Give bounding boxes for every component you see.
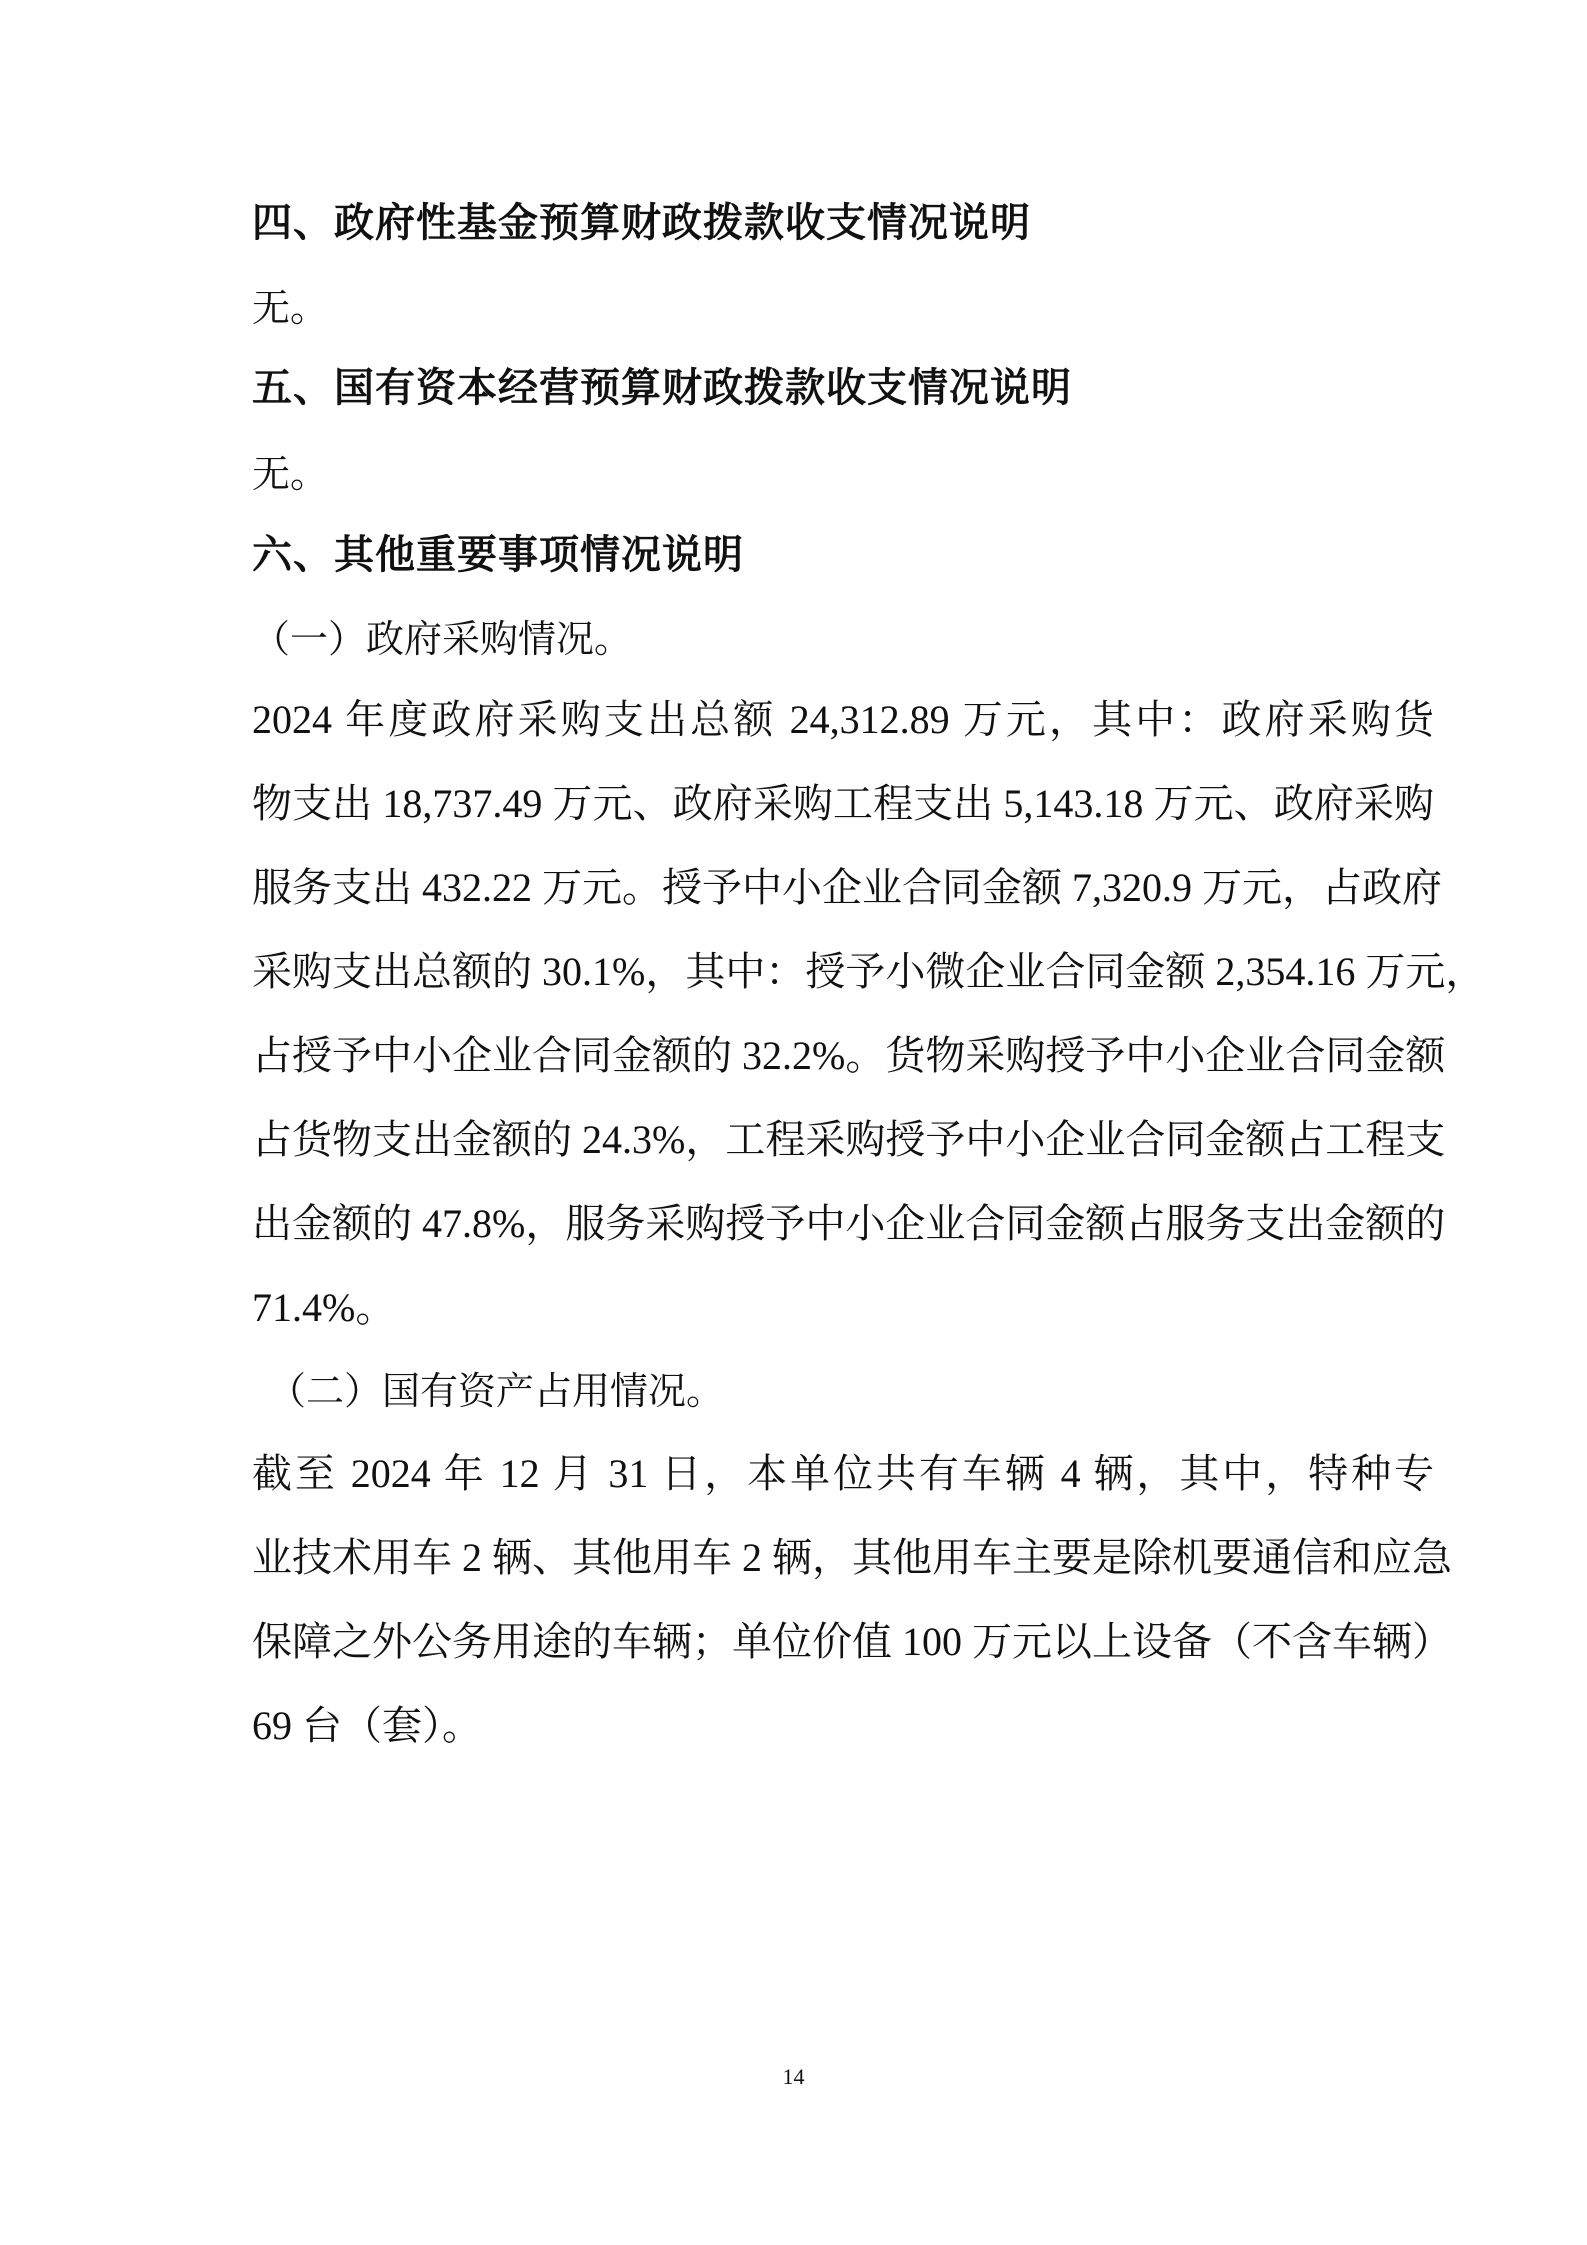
paragraph-line: 71.4%。 xyxy=(252,1266,1434,1350)
document-page: 四、政府性基金预算财政拨款收支情况说明 无。 五、国有资本经营预算财政拨款收支情… xyxy=(0,0,1587,2245)
section-5-body: 无。 xyxy=(252,449,328,499)
paragraph-line: 出金额的 47.8%，服务采购授予中小企业合同金额占服务支出金额的 xyxy=(252,1182,1434,1266)
paragraph-line: 物支出 18,737.49 万元、政府采购工程支出 5,143.18 万元、政府… xyxy=(252,762,1434,846)
paragraph-line: 69 台（套）。 xyxy=(252,1684,1434,1768)
section-6-heading: 六、其他重要事项情况说明 xyxy=(252,530,744,580)
paragraph-line: 服务支出 432.22 万元。授予中小企业合同金额 7,320.9 万元，占政府 xyxy=(252,846,1434,930)
paragraph-line: 截至 2024 年 12 月 31 日，本单位共有车辆 4 辆，其中，特种专 xyxy=(252,1432,1434,1516)
paragraph-line: 2024 年度政府采购支出总额 24,312.89 万元，其中：政府采购货 xyxy=(252,678,1434,762)
subsection-procurement-heading: （一）政府采购情况。 xyxy=(252,614,632,664)
paragraph-line: 采购支出总额的 30.1%，其中：授予小微企业合同金额 2,354.16 万元， xyxy=(252,930,1434,1014)
paragraph-line: 业技术用车 2 辆、其他用车 2 辆，其他用车主要是除机要通信和应急 xyxy=(252,1516,1434,1600)
page-number: 14 xyxy=(0,2064,1587,2090)
section-5-heading: 五、国有资本经营预算财政拨款收支情况说明 xyxy=(252,363,1072,413)
assets-paragraph: 截至 2024 年 12 月 31 日，本单位共有车辆 4 辆，其中，特种专 业… xyxy=(252,1432,1434,1768)
paragraph-line: 保障之外公务用途的车辆；单位价值 100 万元以上设备（不含车辆） xyxy=(252,1600,1434,1684)
section-4-body: 无。 xyxy=(252,283,328,333)
paragraph-line: 占授予中小企业合同金额的 32.2%。货物采购授予中小企业合同金额 xyxy=(252,1014,1434,1098)
subsection-assets-heading: （二）国有资产占用情况。 xyxy=(268,1366,724,1416)
procurement-paragraph: 2024 年度政府采购支出总额 24,312.89 万元，其中：政府采购货 物支… xyxy=(252,678,1434,1350)
paragraph-line: 占货物支出金额的 24.3%，工程采购授予中小企业合同金额占工程支 xyxy=(252,1098,1434,1182)
section-4-heading: 四、政府性基金预算财政拨款收支情况说明 xyxy=(252,198,1031,248)
